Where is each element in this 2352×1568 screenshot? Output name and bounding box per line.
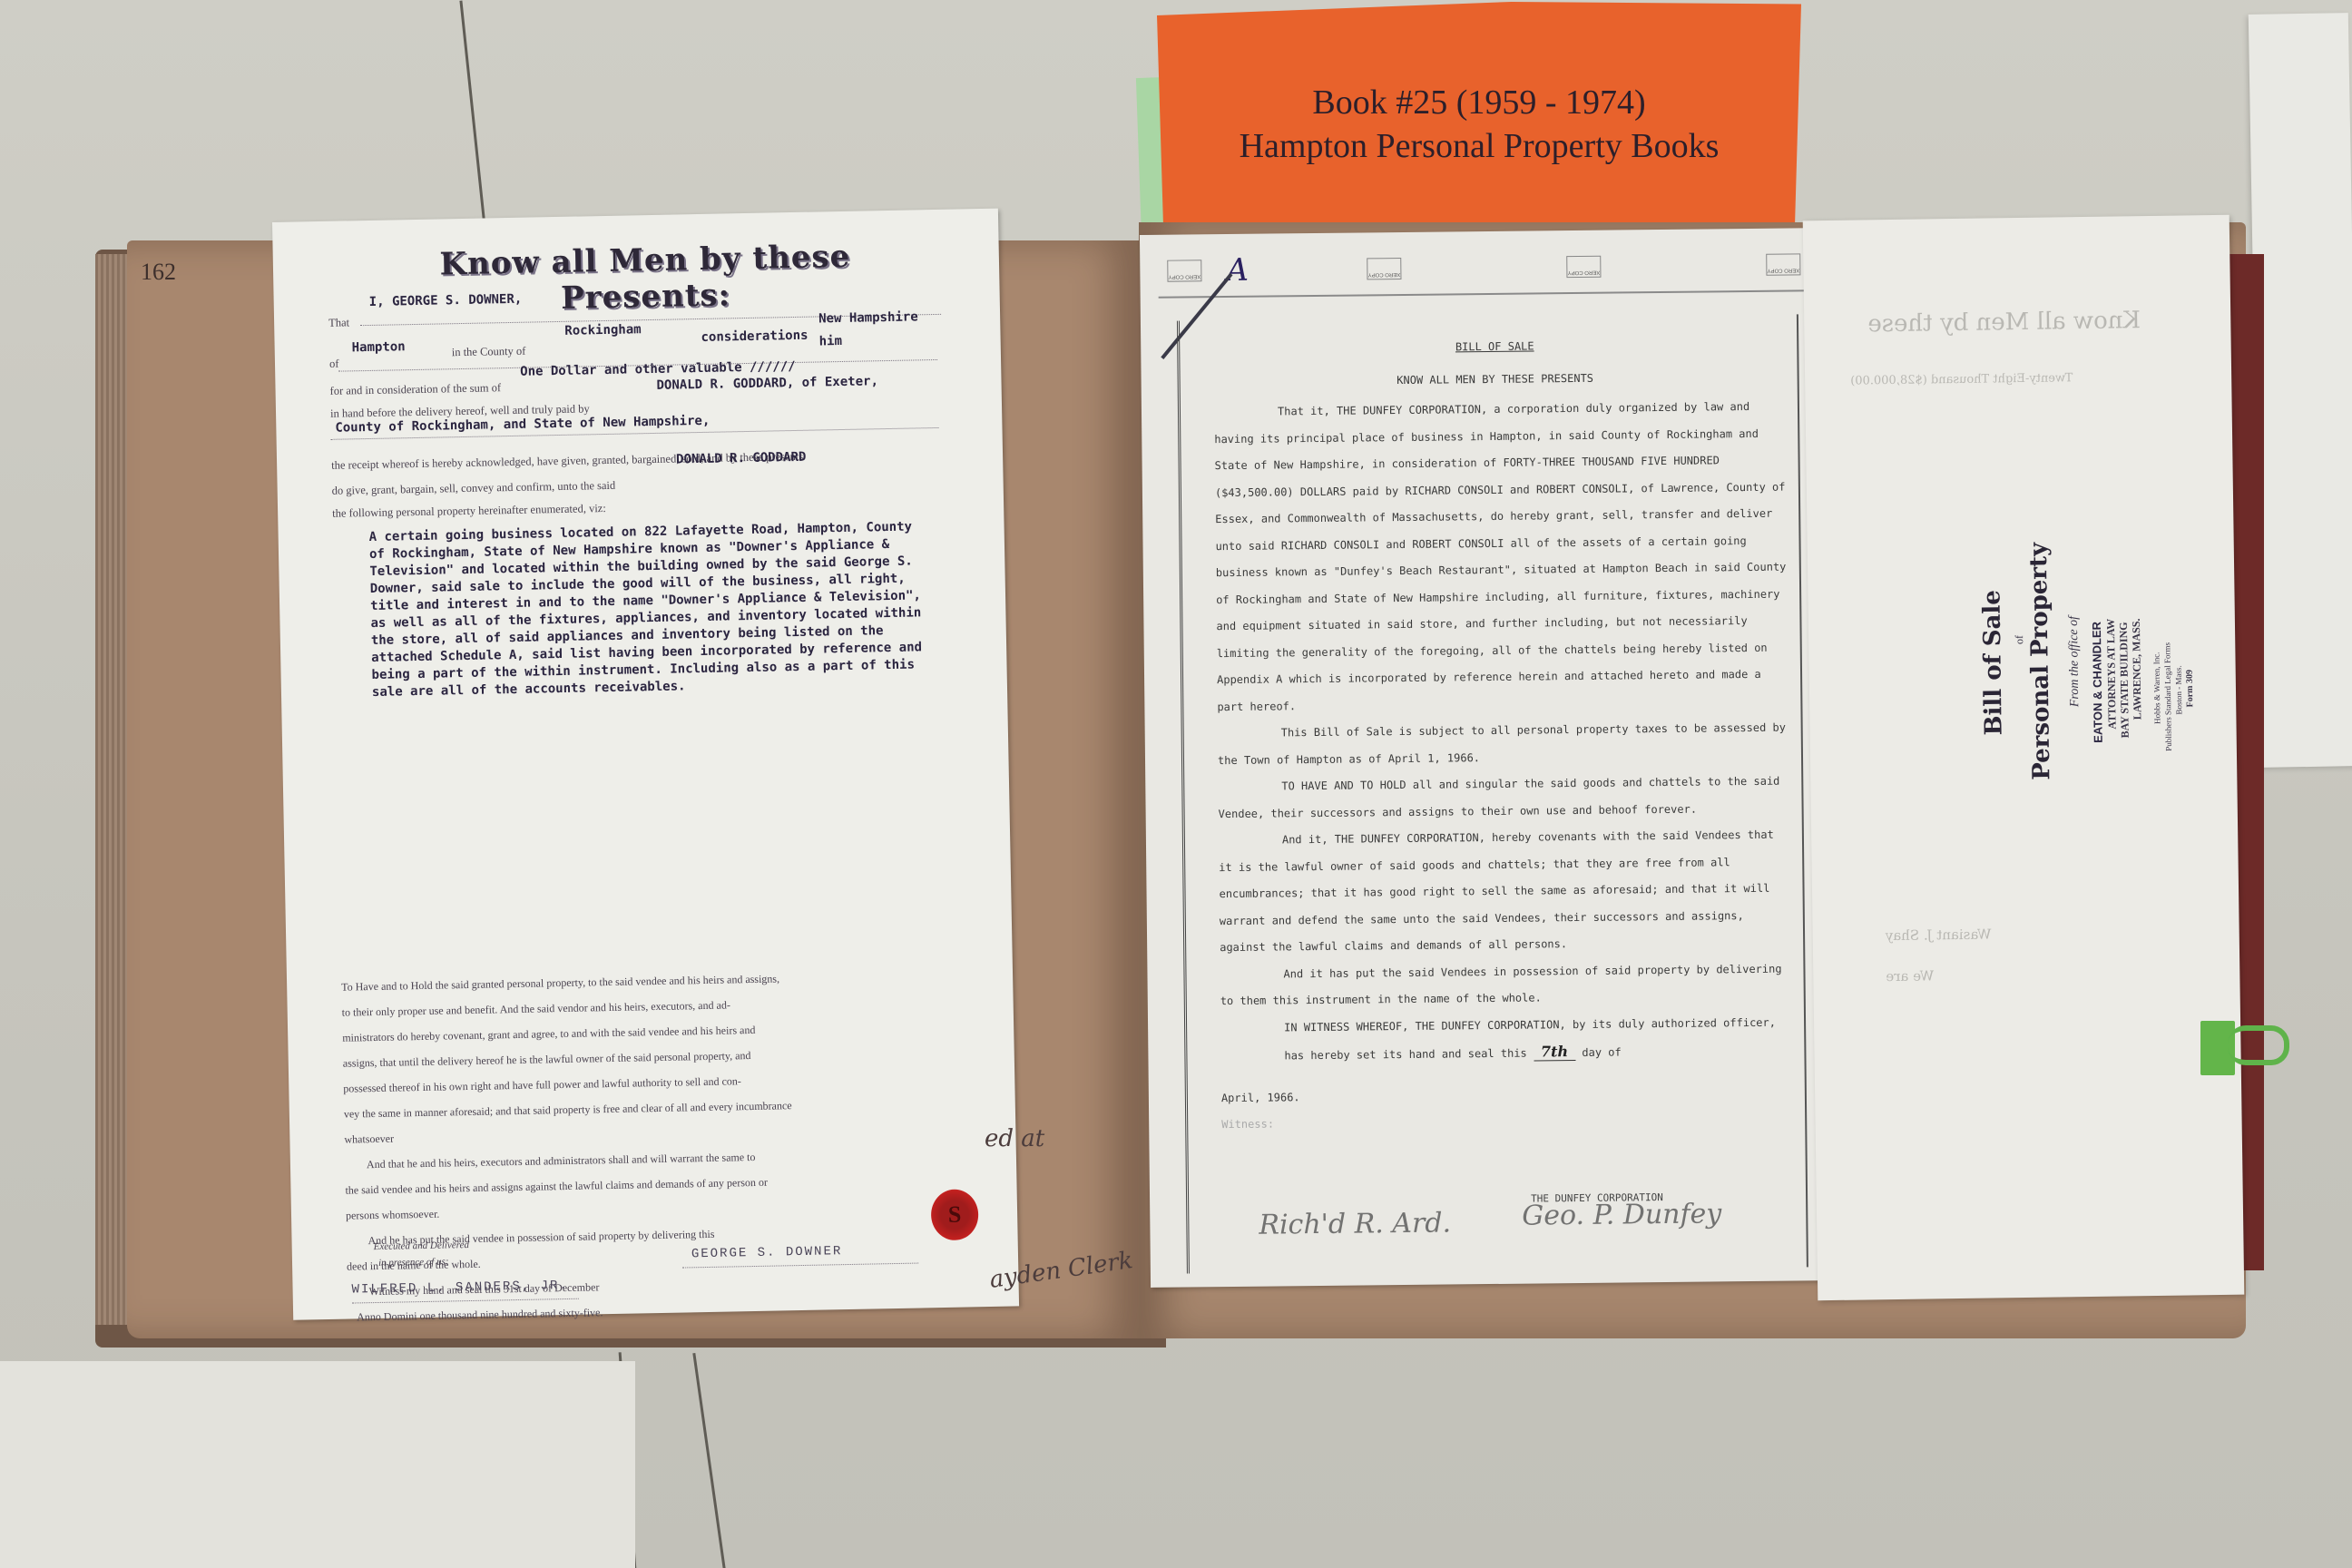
seal-glyph: S — [948, 1201, 962, 1229]
signature-scribble: Geo. P. Dunfey — [1522, 1198, 1721, 1231]
publisher-line2: Publishers Standard Legal Forms — [2162, 642, 2173, 751]
wax-seal-icon: S — [931, 1189, 979, 1240]
handwritten-note: ed at — [985, 1125, 1044, 1152]
bleed-through-heading: Know all Men by these — [1867, 307, 2141, 338]
cover-endorsement: Bill of Sale of Personal Property From t… — [1942, 434, 2165, 818]
witness-clause-after: day of — [1582, 1046, 1622, 1059]
property-description: A certain going business located on 822 … — [333, 518, 936, 702]
bill-of-sale-paragraph: TO HAVE AND TO HOLD all and singular the… — [1218, 769, 1790, 828]
book-label-line1: Book #25 (1959 - 1974) — [1312, 81, 1645, 124]
bill-of-sale-paragraph: And it, THE DUNFEY CORPORATION, hereby c… — [1219, 822, 1792, 962]
cover-title-of: of — [2013, 635, 2026, 644]
form-label: the following personal property hereinaf… — [332, 502, 606, 521]
town-field: Hampton — [352, 339, 406, 355]
pronoun-field: him — [818, 334, 842, 348]
executed-label: Executed and Delivered — [374, 1240, 469, 1252]
form-label: do give, grant, bargain, sell, convey an… — [332, 479, 616, 498]
bleed-through-text: Wasiant J. Shay — [1886, 926, 1992, 945]
signature-scribble: Rich'd R. Ard. — [1259, 1207, 1451, 1240]
bill-of-sale-form-left[interactable]: Know all Men by these Presents: That I, … — [272, 209, 1019, 1320]
grantor-signature: GEORGE S. DOWNER — [691, 1244, 843, 1261]
xero-copy-tab: XERO COPY — [1566, 256, 1601, 278]
publisher-line1: Hobbs & Warren, Inc. — [2151, 652, 2161, 724]
form-label: That — [328, 316, 349, 329]
xero-copy-tab: XERO COPY — [1367, 258, 1401, 279]
bill-of-sale-subtitle: KNOW ALL MEN BY THESE PRESENTS — [1178, 369, 1813, 388]
firm-name: EATON & CHANDLER — [2090, 622, 2105, 743]
bleed-through-text: We are — [1886, 967, 1934, 985]
witness-day: 7th — [1534, 1043, 1575, 1061]
grantee-name-field: DONALD R. GODDARD — [676, 450, 807, 467]
presence-label: in presence of us: — [378, 1256, 449, 1268]
form-number: Form 309 — [2185, 670, 2196, 708]
form-label: of — [329, 358, 339, 371]
cover-title-line2: Personal Property — [2025, 543, 2056, 780]
state-field: New Hampshire — [818, 309, 918, 326]
witness-clause: IN WITNESS WHEREOF, THE DUNFEY CORPORATI… — [1284, 1015, 1776, 1062]
habendum-clause: To Have and to Hold the said granted per… — [341, 964, 919, 1330]
xero-copy-tab: XERO COPY — [1167, 260, 1201, 281]
form-label: for and in consideration of the sum of — [329, 381, 501, 398]
xero-band — [1158, 264, 1811, 299]
publisher-line3: Boston - Mass. — [2174, 665, 2184, 714]
cover-title-line1: Bill of Sale — [1978, 590, 2007, 736]
binder-clip-handle[interactable] — [2228, 1025, 2289, 1065]
bill-of-sale-text: BILL OF SALE KNOW ALL MEN BY THESE PRESE… — [1177, 337, 1820, 1139]
bill-of-sale-paragraph: And it has put the said Vendees in posse… — [1220, 955, 1792, 1015]
book-label: Book #25 (1959 - 1974) Hampton Personal … — [1157, 2, 1801, 229]
bleed-through-text: Twenty-Eight Thousand ($28,000.00) — [1850, 371, 2073, 387]
bill-of-sale-photocopy[interactable]: XERO COPY XERO COPY XERO COPY XERO COPY … — [1140, 228, 1840, 1288]
grantor-field: I, GEORGE S. DOWNER, — [369, 292, 523, 309]
firm-city: LAWRENCE, MASS. — [2130, 618, 2145, 720]
bill-of-sale-cover[interactable]: Know all Men by these Twenty-Eight Thous… — [1803, 215, 2245, 1300]
loose-paper — [0, 1361, 635, 1568]
handwritten-mark: A — [1226, 252, 1249, 289]
bill-of-sale-paragraph: This Bill of Sale is subject to all pers… — [1218, 715, 1790, 775]
form-label: in the County of — [452, 345, 526, 360]
considerations-field: considerations — [701, 328, 808, 345]
page-number: 162 — [141, 259, 176, 286]
county-field: Rockingham — [564, 322, 642, 338]
grantee-field: DONALD R. GODDARD, of Exeter, — [656, 374, 878, 393]
bill-of-sale-paragraph: That it, THE DUNFEY CORPORATION, a corpo… — [1214, 394, 1789, 721]
property-description-text: A certain going business located on 822 … — [333, 518, 936, 702]
xero-copy-tab: XERO COPY — [1766, 253, 1800, 275]
book-label-line2: Hampton Personal Property Books — [1240, 124, 1720, 168]
from-office-label: From the office of — [2067, 616, 2082, 707]
